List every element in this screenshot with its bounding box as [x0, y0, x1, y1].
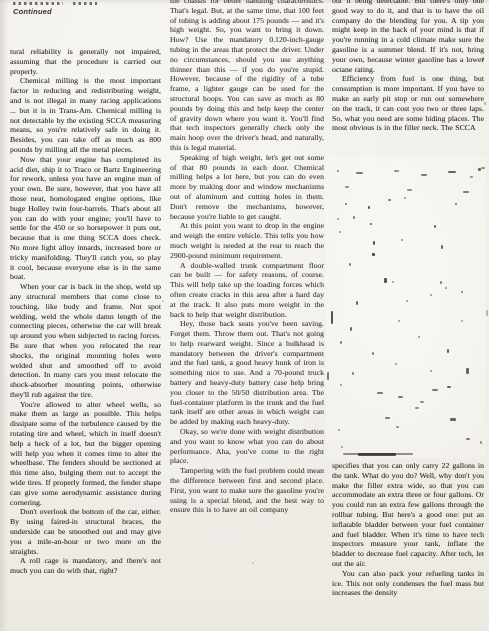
paragraph: out it being detectable. But there's onl… — [332, 0, 484, 74]
paragraph: Hey, those back seats you've been saving… — [170, 319, 324, 427]
column-right-top: out it being detectable. But there's onl… — [332, 0, 484, 133]
paragraph: Tampering with the fuel problem could me… — [170, 466, 324, 515]
paragraph: When your car is back in the shop, weld … — [10, 282, 161, 400]
paragraph: Speaking of high weight, let's get out s… — [170, 153, 324, 222]
scanned-magazine-page: Continued tural reliability is generally… — [0, 0, 489, 631]
scan-edge-shadow — [0, 0, 8, 631]
paragraph: Efficiency from fuel is one thing, but c… — [332, 74, 484, 133]
clipped-title-word-2 — [73, 2, 97, 5]
paragraph: You're allowed to alter wheel wells, so … — [10, 400, 161, 508]
faded-scan-region — [326, 156, 486, 458]
paragraph: A roll cage is mandatory, and there's no… — [10, 556, 161, 576]
paragraph: Okay, so we're done with weight distribu… — [170, 427, 324, 466]
paragraph: the chassis for better handling characte… — [170, 0, 324, 153]
clipped-title-word-1 — [13, 2, 63, 5]
clipped-title-fragment — [13, 2, 97, 5]
paragraph: A double-walled trunk compartment floor … — [170, 261, 324, 320]
scan-speck — [252, 562, 254, 564]
paragraph: Now that your engine has completed its a… — [10, 155, 161, 282]
paragraph: You can also pack your refueling tanks i… — [332, 569, 484, 598]
paragraph: tural reliability is generally not impai… — [10, 47, 161, 76]
continued-label: Continued — [13, 7, 52, 16]
scan-speck — [486, 310, 488, 316]
column-right-bottom: specifies that you can only carry 22 gal… — [332, 461, 484, 598]
scan-speck — [484, 102, 486, 105]
paragraph: At this point you want to drop in the en… — [170, 221, 324, 260]
paragraph: Chemical milling is the most important f… — [10, 76, 161, 154]
scan-speck — [162, 300, 164, 302]
column-middle: the chassis for better handling characte… — [170, 0, 324, 515]
paragraph: specifies that you can only carry 22 gal… — [332, 461, 484, 569]
paragraph: Don't overlook the bottom of the car, ei… — [10, 507, 161, 556]
column-left: tural reliability is generally not impai… — [10, 47, 161, 576]
page-header: Continued — [12, 0, 132, 20]
